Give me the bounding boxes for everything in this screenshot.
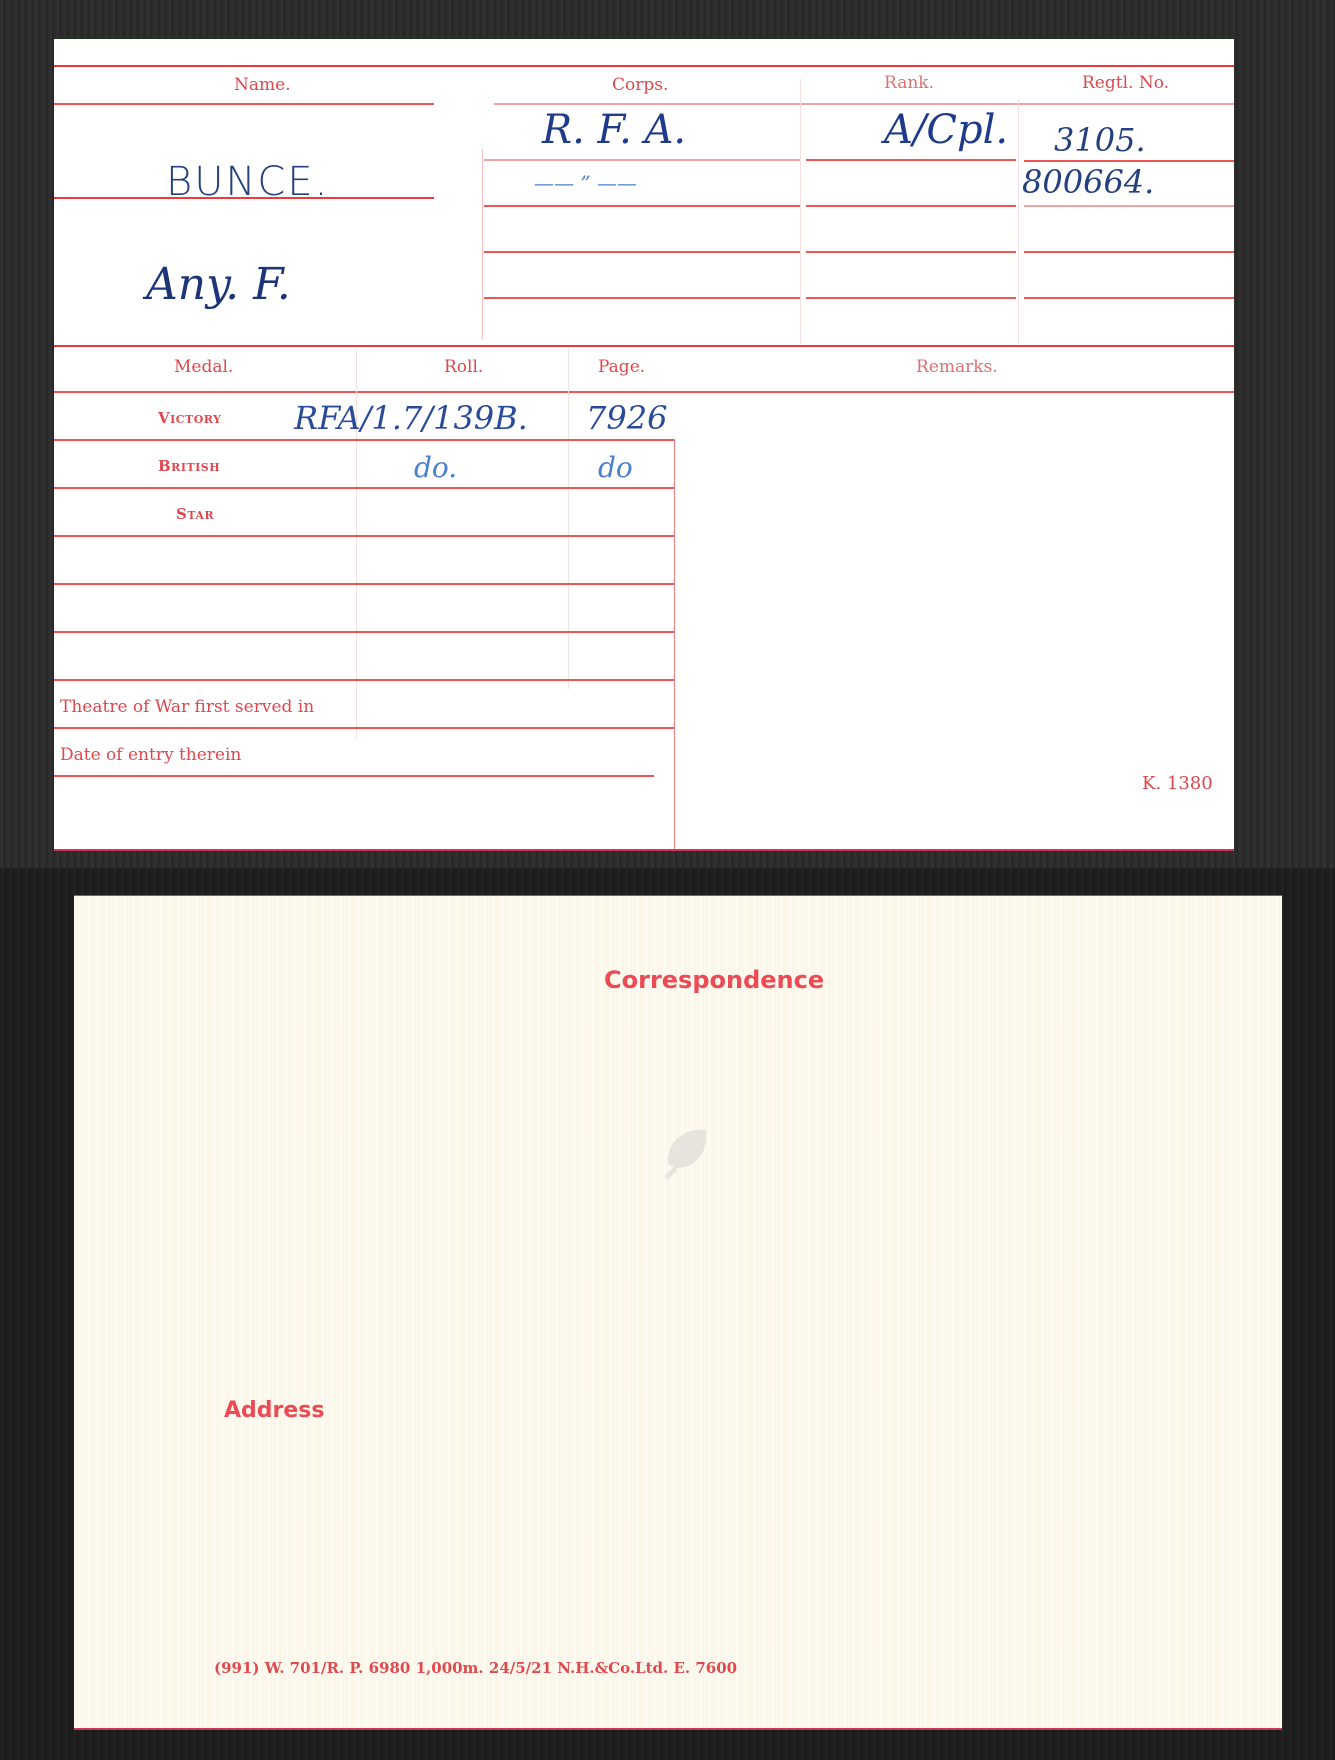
british-roll-entry: do. [414,451,457,484]
rule-corps-row4 [484,297,800,299]
rule-medal-row3 [54,535,674,537]
rank-entry: A/Cpl. [884,107,1008,153]
victory-roll-entry: RFA/1.7/139B. [294,399,528,437]
header-corps: Corps. [612,75,668,95]
rule-rank-row3 [806,251,1016,253]
header-medal: Medal. [174,357,233,377]
forename-entry: Any. F. [146,259,291,310]
medal-victory-label: Victory [158,409,221,427]
rule-corps-row2 [484,205,800,207]
rule-header-bottom-corps [494,103,1234,105]
divider-corps-rank [800,79,801,344]
header-regtl-no: Regtl. No. [1082,73,1169,93]
header-page: Page. [598,357,645,377]
rule-rank-row1 [806,159,1016,161]
rule-regtl-row3 [1024,251,1234,253]
corps-entry: R. F. A. [542,107,686,153]
header-rank: Rank. [884,73,934,93]
address-label: Address [224,1398,324,1423]
rule-rank-row2 [806,205,1016,207]
header-roll: Roll. [444,357,483,377]
regtl-no-entry-2: 800664. [1022,163,1154,201]
rule-corps-row3 [484,251,800,253]
rule-regtl-row2 [1024,205,1234,207]
form-number: K. 1380 [1142,773,1213,794]
surname-entry: BUNCE. [166,159,329,205]
medal-british-label: British [158,457,220,475]
header-name: Name. [234,75,291,95]
rule-header-bottom [54,103,434,105]
british-page-entry: do [598,451,633,484]
theatre-of-war-label: Theatre of War first served in [60,697,314,717]
printer-imprint: (991) W. 701/R. P. 6980 1,000m. 24/5/21 … [214,1659,737,1677]
rule-date-bottom [54,775,654,777]
rule-theatre-bottom [54,727,674,729]
rule-regtl-row1 [1024,160,1234,162]
leaf-icon [658,1124,714,1180]
rule-section-divider [54,345,1234,347]
correspondence-title: Correspondence [604,966,824,994]
victory-page-entry: 7926 [586,399,667,437]
divider-roll-page [568,349,569,689]
rule-rank-row4 [806,297,1016,299]
rule-medal-row5 [54,631,674,633]
medal-star-label: Star [176,505,214,523]
rule-medal-row4 [54,583,674,585]
medal-index-card-back: Correspondence Address (991) W. 701/R. P… [74,895,1282,1730]
regtl-no-entry-1: 3105. [1054,121,1146,159]
rule-top [54,65,1234,67]
divider-page-remarks [674,439,675,849]
rule-medal-row2 [54,487,674,489]
date-of-entry-label: Date of entry therein [60,745,241,765]
rule-medal-header-bottom [54,391,1234,393]
rule-medal-row6 [54,679,674,681]
rule-regtl-row4 [1024,297,1234,299]
rule-corps-row1 [484,159,800,161]
divider-name-corps [482,149,483,339]
corps-ditto-entry: —— ” —— [534,171,637,195]
header-remarks: Remarks. [916,357,998,377]
divider-rank-regtl [1018,99,1019,344]
medal-index-card-front: Name. Corps. Rank. Regtl. No. BUNCE. Any… [54,38,1234,851]
rule-medal-row1 [54,439,674,441]
